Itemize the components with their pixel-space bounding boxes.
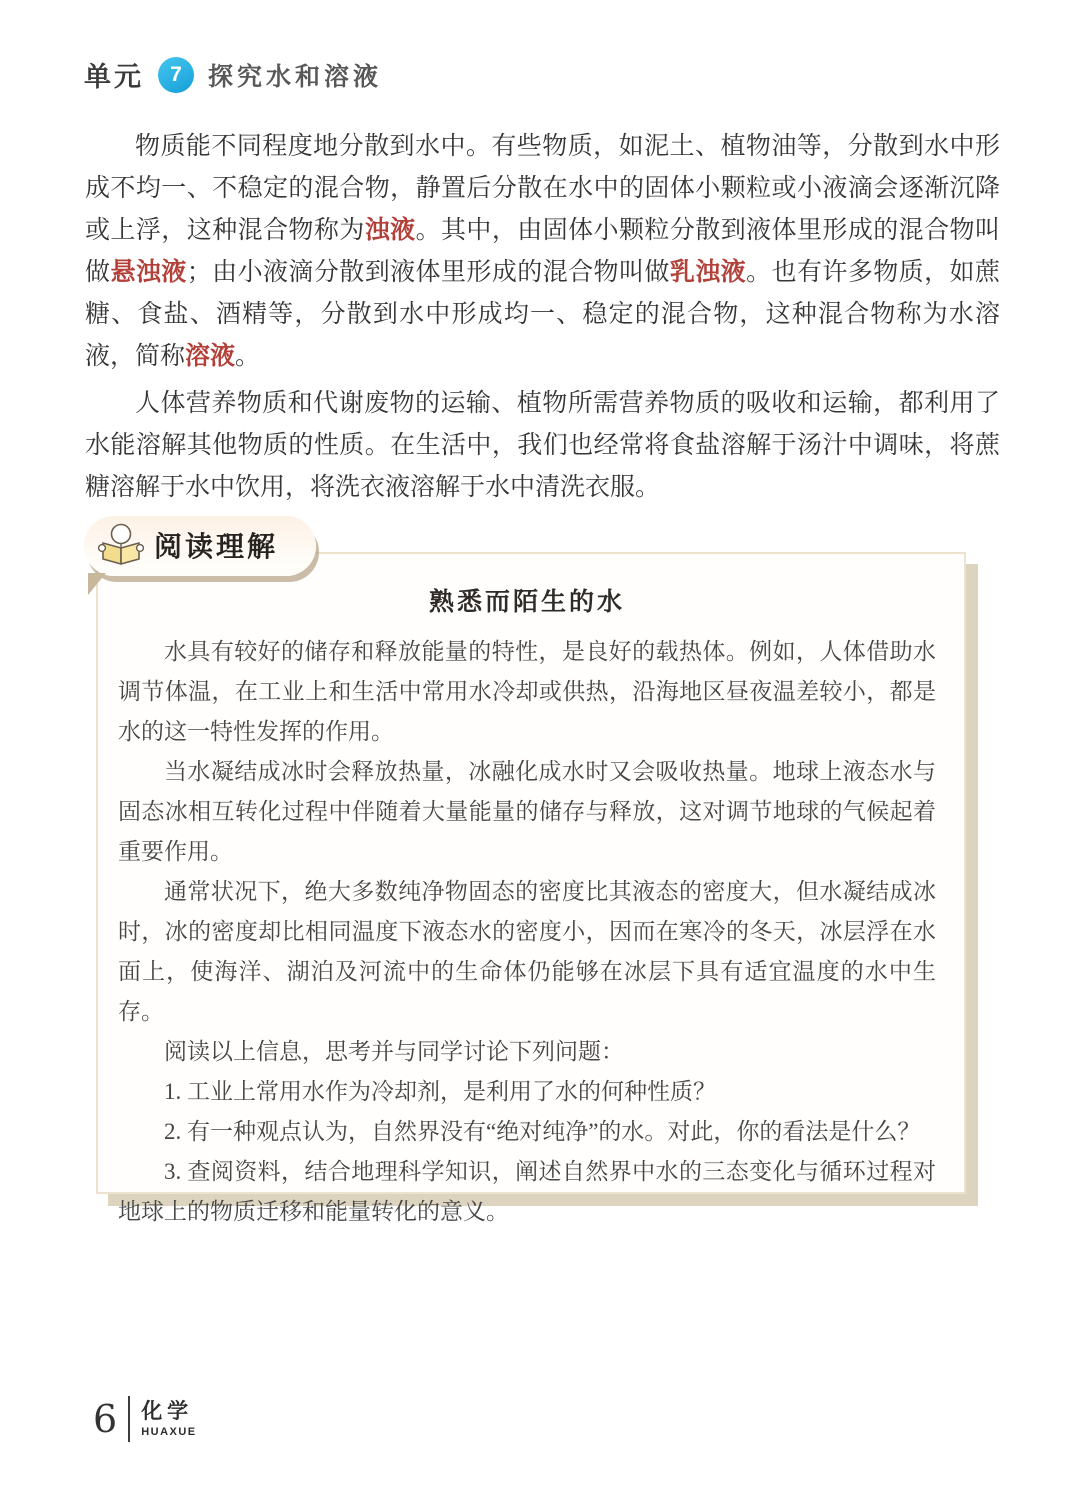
key-term: 浊液 [365, 217, 416, 244]
footer-divider [128, 1396, 130, 1442]
box-paragraph: 水具有较好的储存和释放能量的特性，是良好的载热体。例如，人体借助水调节体温，在工… [118, 632, 936, 752]
subject-block: 化学 HUAXUE [141, 1400, 196, 1437]
reading-badge-pill: 阅读理解 [84, 516, 316, 576]
key-term: 溶液 [185, 343, 235, 370]
key-term: 乳浊液 [670, 259, 746, 286]
box-paragraph: 阅读以上信息，思考并与同学讨论下列问题： [118, 1032, 936, 1072]
question-item: 3. 查阅资料，结合地理科学知识，阐述自然界中水的三态变化与循环过程对地球上的物… [118, 1152, 936, 1232]
reading-badge-label: 阅读理解 [154, 525, 278, 565]
box-paragraph: 通常状况下，绝大多数纯净物固态的密度比其液态的密度大，但水凝结成冰时，冰的密度却… [118, 872, 936, 1032]
page-header: 单元 7 探究水和溶液 [84, 55, 382, 94]
page-footer: 6 化学 HUAXUE [93, 1396, 197, 1442]
subject-pinyin: HUAXUE [141, 1426, 196, 1438]
question-item: 1. 工业上常用水作为冷却剂，是利用了水的何种性质？ [118, 1072, 936, 1112]
unit-label: 单元 [84, 55, 144, 94]
body-text: 。 [235, 343, 260, 370]
intro-paragraph-1: 物质能不同程度地分散到水中。有些物质，如泥土、植物油等，分散到水中形成不均一、不… [85, 126, 1000, 378]
subject-name: 化学 [141, 1400, 196, 1423]
reading-badge: 阅读理解 [84, 516, 316, 576]
reading-person-icon [98, 523, 144, 567]
box-paragraph: 当水凝结成冰时会释放热量，冰融化成水时又会吸收热量。地球上液态水与固态冰相互转化… [118, 752, 936, 872]
unit-number-badge: 7 [158, 57, 194, 93]
unit-title: 探究水和溶液 [208, 57, 382, 93]
page-number: 6 [93, 1400, 117, 1438]
badge-tail-decoration [88, 573, 106, 595]
key-term: 悬浊液 [110, 259, 186, 286]
intro-paragraph-2: 人体营养物质和代谢废物的运输、植物所需营养物质的吸收和运输，都利用了水能溶解其他… [85, 383, 1000, 509]
reading-box-body: 水具有较好的储存和释放能量的特性，是良好的载热体。例如，人体借助水调节体温，在工… [118, 632, 936, 1232]
body-text: ；由小液滴分散到液体里形成的混合物叫做 [187, 259, 670, 286]
question-item: 2. 有一种观点认为，自然界没有“绝对纯净”的水。对此，你的看法是什么？ [118, 1112, 936, 1152]
reading-comprehension-box: 熟悉而陌生的水 水具有较好的储存和释放能量的特性，是良好的载热体。例如，人体借助… [96, 552, 966, 1194]
intro-text: 物质能不同程度地分散到水中。有些物质，如泥土、植物油等，分散到水中形成不均一、不… [85, 126, 1000, 509]
reading-box-title: 熟悉而陌生的水 [118, 582, 936, 618]
